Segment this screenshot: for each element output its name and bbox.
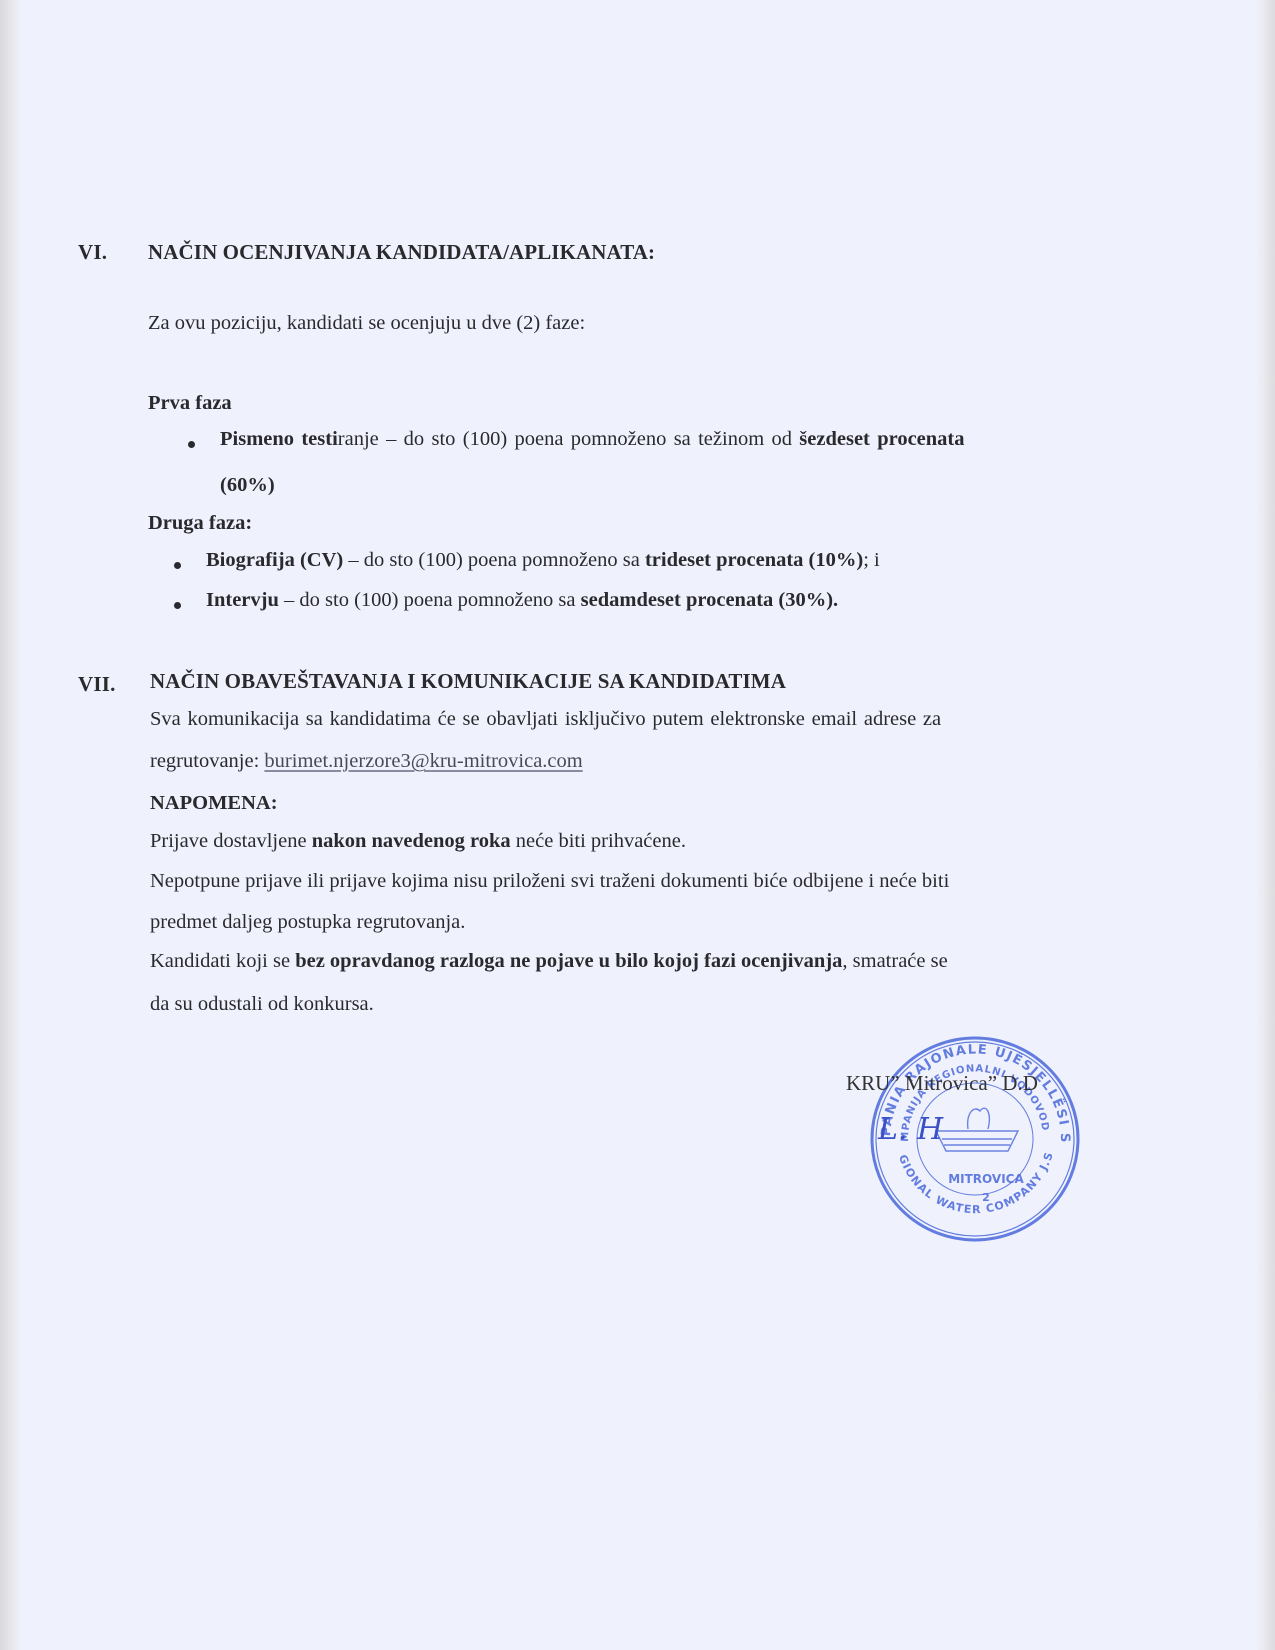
phase2-item-cv: Biografija (CV) – do sto (100) poena pom…	[206, 549, 880, 572]
communication-text-line1: Sva komunikacija sa kandidatima će se ob…	[150, 708, 941, 731]
note-emphasis: bez opravdanog razloga ne pojave u bilo …	[295, 950, 842, 972]
phase1-item-weight-percent: (60%)	[220, 474, 275, 497]
note-incomplete-line1: Nepotpune prijave ili prijave kojima nis…	[150, 870, 949, 893]
bullet-icon	[174, 562, 181, 569]
note-text: Prijave dostavljene	[150, 830, 312, 852]
section-vi-number: VI.	[78, 240, 107, 265]
item-text: – do sto (100) poena pomnoženo sa	[343, 549, 645, 571]
recruitment-email-link[interactable]: burimet.njerzore3@kru-mitrovica.com	[264, 750, 582, 772]
note-late-applications: Prijave dostavljene nakon navedenog roka…	[150, 830, 686, 853]
section-vii-title: NAČIN OBAVEŠTAVANJA I KOMUNIKACIJE SA KA…	[150, 669, 786, 694]
bullet-icon	[174, 602, 181, 609]
note-text: Kandidati koji se	[150, 950, 295, 972]
scan-edge-left	[0, 0, 20, 1650]
scan-edge-right	[1257, 0, 1275, 1650]
note-emphasis: nakon navedenog roka	[312, 830, 511, 852]
item-lead-rest: ranje	[338, 428, 379, 450]
bullet-icon	[188, 441, 195, 448]
section-vii-number: VII.	[78, 672, 116, 697]
item-text: – do sto (100) poena pomnoženo sa	[279, 589, 581, 611]
item-weight: sedamdeset procenata (30%).	[581, 589, 839, 611]
section-vi-intro: Za ovu poziciju, kandidati se ocenjuju u…	[148, 312, 585, 335]
email-prefix: regrutovanje:	[150, 750, 264, 772]
svg-text:2: 2	[982, 1191, 990, 1204]
item-lead: Pismeno testi	[220, 428, 338, 450]
section-vi-title: NAČIN OCENJIVANJA KANDIDATA/APLIKANATA:	[148, 240, 655, 265]
item-weight: šezdeset procenata	[799, 428, 964, 450]
item-text: – do sto (100) poena pomnoženo sa težino…	[379, 428, 800, 450]
signature-company-name: KRU” Mitrovica” D.D	[846, 1071, 1038, 1096]
item-lead: Intervju	[206, 589, 279, 611]
note-text: neće biti prihvaćene.	[511, 830, 686, 852]
handwritten-signature: L. H	[878, 1112, 943, 1147]
note-heading: NAPOMENA:	[150, 792, 278, 815]
svg-text:MITROVICA: MITROVICA	[948, 1172, 1024, 1186]
note-absence-line1: Kandidati koji se bez opravdanog razloga…	[150, 950, 948, 973]
phase1-label: Prva faza	[148, 392, 232, 415]
note-incomplete-line2: predmet daljeg postupka regrutovanja.	[150, 911, 465, 934]
item-suffix: ; i	[863, 549, 880, 571]
item-weight: trideset procenata (10%)	[645, 549, 863, 571]
phase2-label: Druga faza:	[148, 512, 252, 535]
phase1-item-written-test: Pismeno testiranje – do sto (100) poena …	[220, 428, 965, 451]
phase2-item-interview: Intervju – do sto (100) poena pomnoženo …	[206, 589, 838, 612]
communication-text-line2: regrutovanje: burimet.njerzore3@kru-mitr…	[150, 750, 583, 773]
item-lead: Biografija (CV)	[206, 549, 343, 571]
note-absence-line2: da su odustali od konkursa.	[150, 993, 374, 1016]
note-text: , smatraće se	[842, 950, 947, 972]
